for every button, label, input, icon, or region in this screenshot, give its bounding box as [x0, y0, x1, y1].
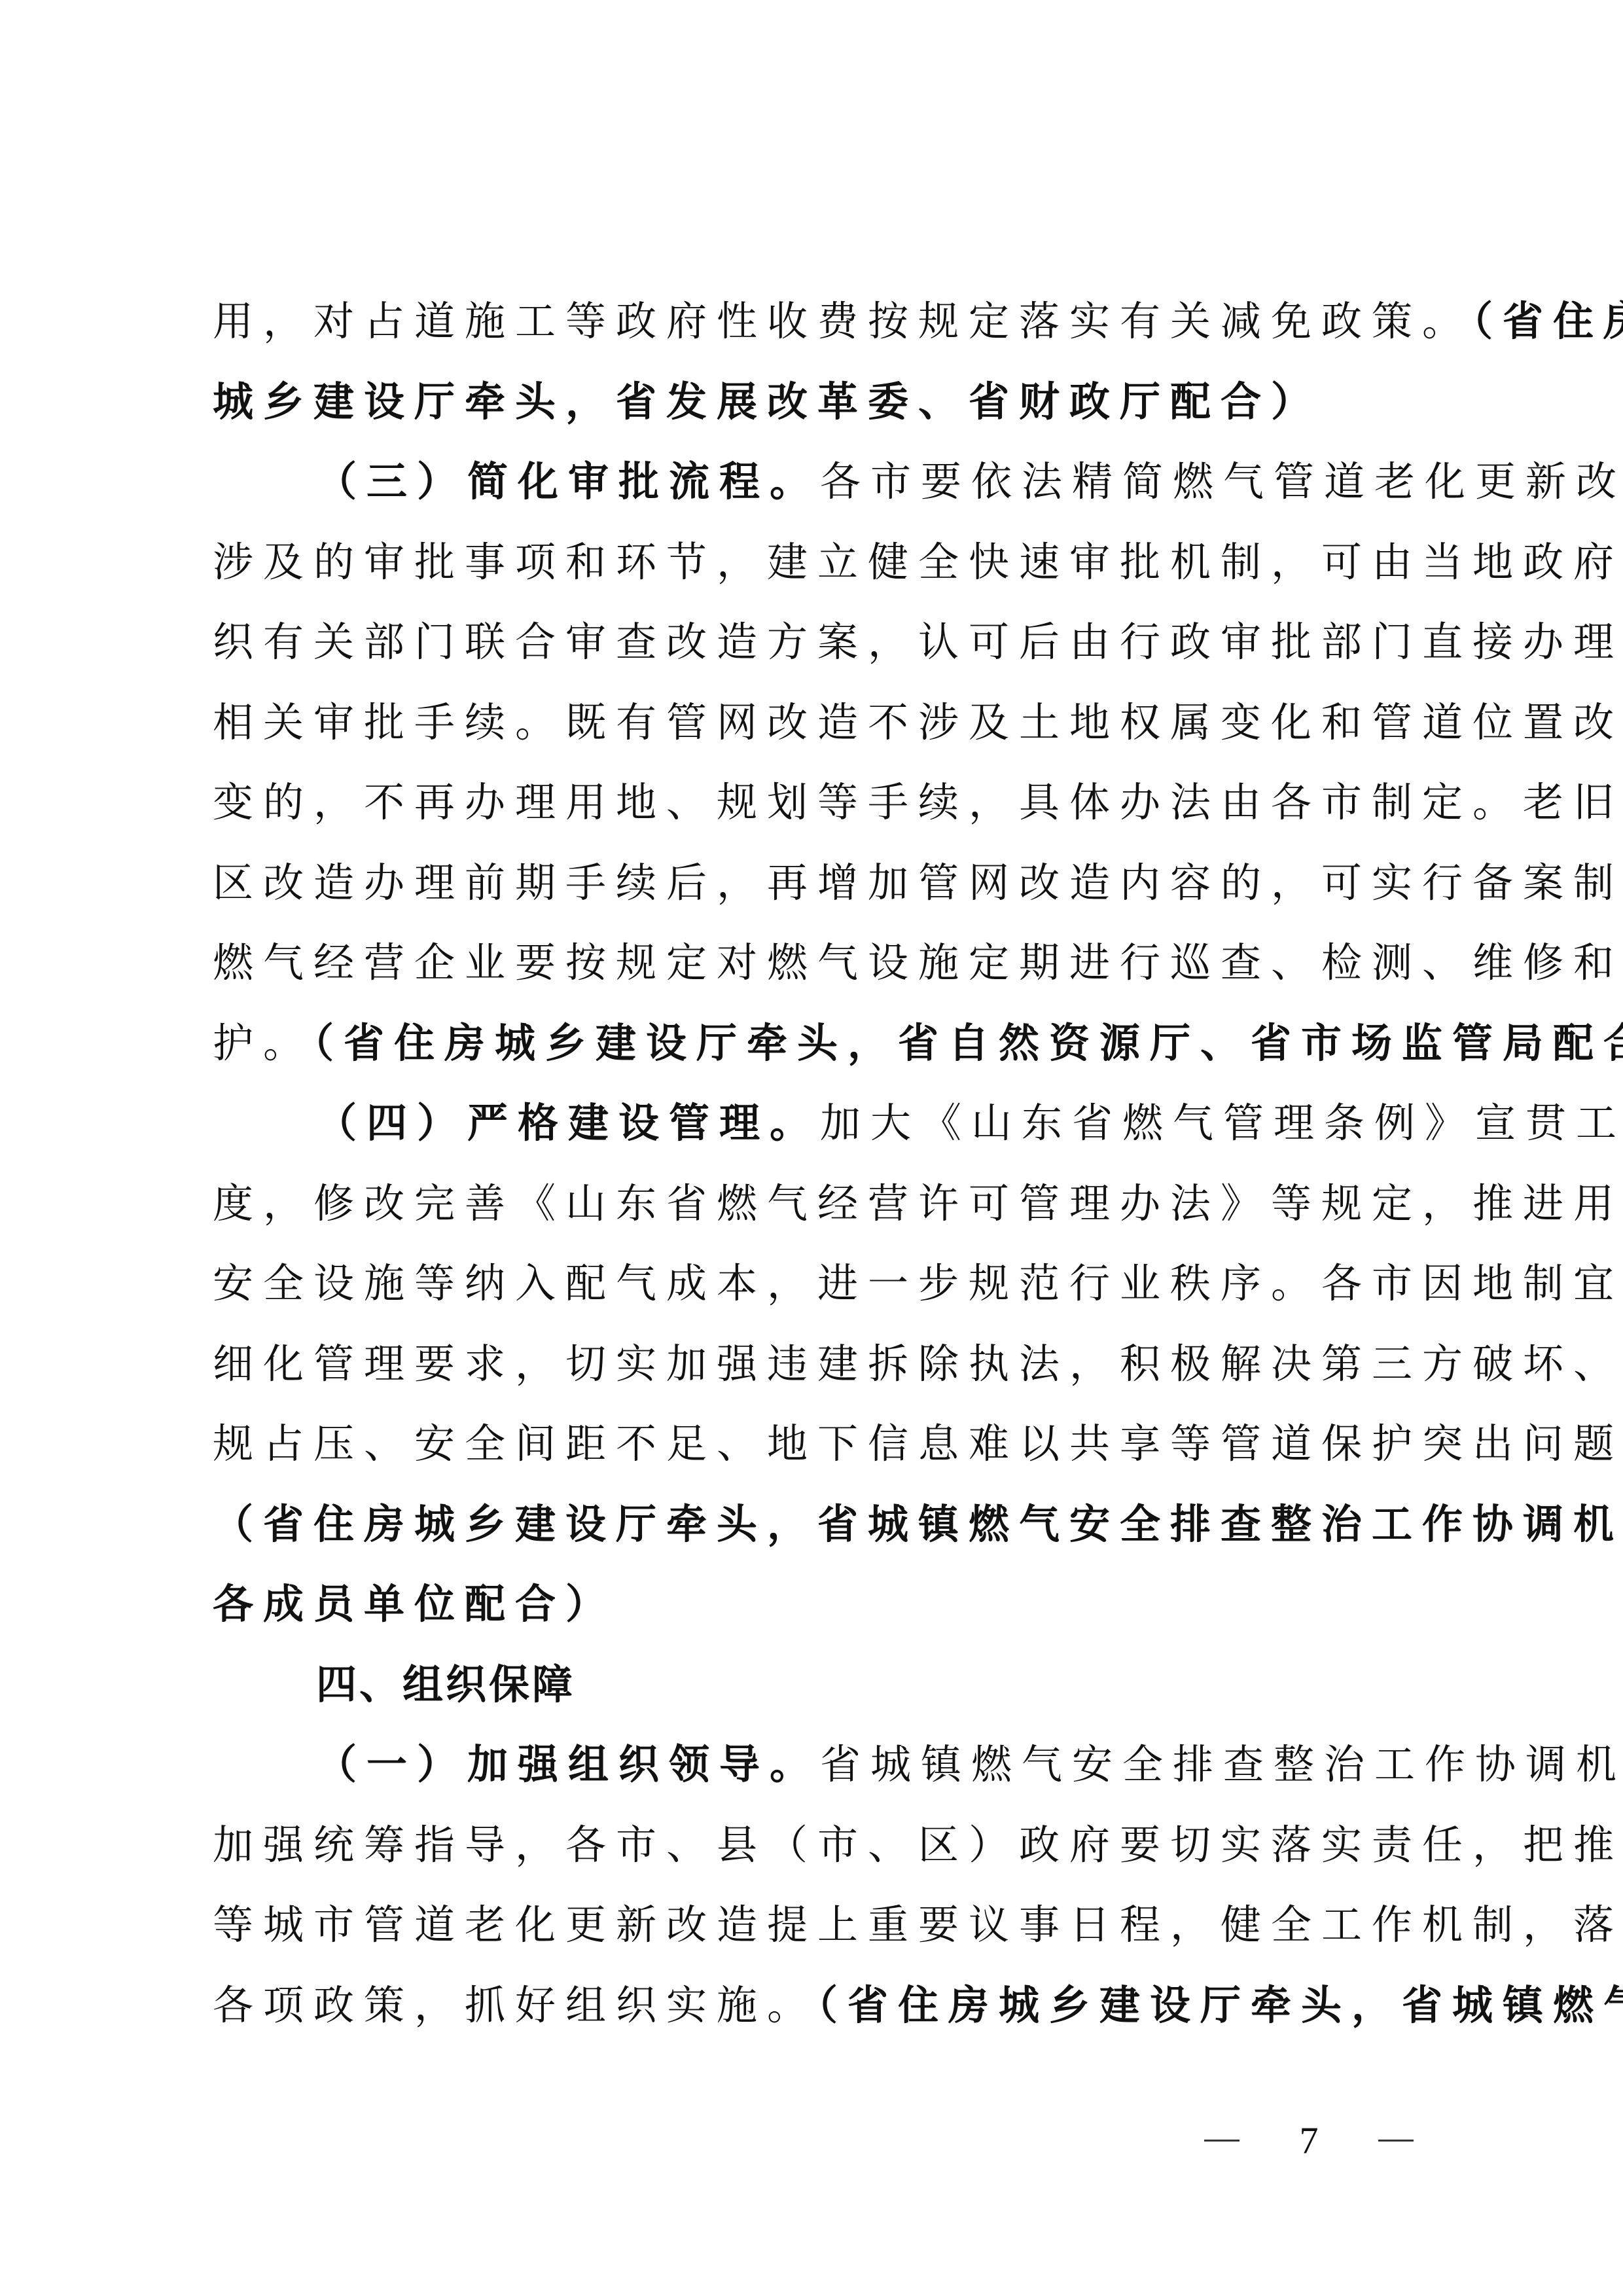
bold-text-segment: （三）简化审批流程。	[316, 457, 820, 505]
text-segment: 护。	[213, 1019, 313, 1067]
page-number: 7	[1300, 2119, 1319, 2162]
text-segment: 用，对占道施工等政府性收费按规定落实有关减免政策。	[213, 297, 1472, 345]
bold-text-segment: （省住房城乡建设厅牵头，省城镇燃气	[817, 1981, 1623, 2029]
text-segment: 安全设施等纳入配气成本，进一步规范行业秩序。各市因地制宜	[213, 1259, 1623, 1307]
text-line: 燃气经营企业要按规定对燃气设施定期进行巡查、检测、维修和维	[213, 923, 1412, 1003]
text-segment: 变的，不再办理用地、规划等手续，具体办法由各市制定。老旧小	[213, 778, 1623, 826]
bold-text-segment: （省住房城乡建设厅牵头，省自然资源厅、省市场监管局配合）	[313, 1019, 1623, 1067]
document-page: 用，对占道施工等政府性收费按规定落实有关减免政策。（省住房城乡建设厅牵头，省发展…	[0, 0, 1623, 2296]
text-segment: 等城市管道老化更新改造提上重要议事日程，健全工作机制，落实	[213, 1901, 1623, 1948]
bold-text-segment: （省住房	[1472, 297, 1623, 345]
text-segment: 各项政策，抓好组织实施。	[213, 1981, 817, 2029]
body-text: 用，对占道施工等政府性收费按规定落实有关减免政策。（省住房城乡建设厅牵头，省发展…	[213, 281, 1412, 2045]
text-line: 各成员单位配合）	[213, 1564, 1412, 1645]
text-line: 各项政策，抓好组织实施。（省住房城乡建设厅牵头，省城镇燃气	[213, 1965, 1412, 2046]
text-line: 用，对占道施工等政府性收费按规定落实有关减免政策。（省住房	[213, 281, 1412, 362]
text-segment: 加强统筹指导，各市、县（市、区）政府要切实落实责任，把推进燃气	[213, 1821, 1623, 1869]
text-line: 区改造办理前期手续后，再增加管网改造内容的，可实行备案制。	[213, 843, 1412, 924]
bold-text-segment: （四）严格建设管理。	[316, 1099, 820, 1147]
text-line: 城乡建设厅牵头，省发展改革委、省财政厅配合）	[213, 362, 1412, 442]
text-segment: 织有关部门联合审查改造方案，认可后由行政审批部门直接办理	[213, 618, 1623, 666]
text-segment: 省城镇燃气安全排查整治工作协调机制	[820, 1740, 1623, 1788]
footer-dash-left	[1204, 2140, 1240, 2142]
text-line: 织有关部门联合审查改造方案，认可后由行政审批部门直接办理	[213, 602, 1412, 683]
bold-text-segment: 四、组织保障	[316, 1660, 575, 1708]
text-segment: 规占压、安全间距不足、地下信息难以共享等管道保护突出问题。	[213, 1420, 1623, 1467]
text-segment: 区改造办理前期手续后，再增加管网改造内容的，可实行备案制。	[213, 859, 1623, 906]
bold-text-segment: （省住房城乡建设厅牵头，省城镇燃气安全排查整治工作协调机制	[213, 1500, 1623, 1548]
text-segment: 度，修改完善《山东省燃气经营许可管理办法》等规定，推进用户端	[213, 1179, 1623, 1227]
text-line: 安全设施等纳入配气成本，进一步规范行业秩序。各市因地制宜	[213, 1244, 1412, 1324]
text-line: 加强统筹指导，各市、县（市、区）政府要切实落实责任，把推进燃气	[213, 1805, 1412, 1886]
text-segment: 涉及的审批事项和环节，建立健全快速审批机制，可由当地政府组	[213, 538, 1623, 586]
text-line: （三）简化审批流程。各市要依法精简燃气管道老化更新改造	[213, 442, 1412, 522]
text-segment: 加大《山东省燃气管理条例》宣贯工作力	[820, 1099, 1623, 1147]
text-line: （省住房城乡建设厅牵头，省城镇燃气安全排查整治工作协调机制	[213, 1484, 1412, 1565]
text-segment: 各市要依法精简燃气管道老化更新改造	[820, 457, 1623, 505]
text-line: 细化管理要求，切实加强违建拆除执法，积极解决第三方破坏、违	[213, 1324, 1412, 1405]
bold-text-segment: 各成员单位配合）	[213, 1580, 616, 1628]
bold-text-segment: （一）加强组织领导。	[316, 1740, 820, 1788]
text-line: 涉及的审批事项和环节，建立健全快速审批机制，可由当地政府组	[213, 522, 1412, 603]
text-line: 相关审批手续。既有管网改造不涉及土地权属变化和管道位置改	[213, 683, 1412, 763]
text-line: （四）严格建设管理。加大《山东省燃气管理条例》宣贯工作力	[213, 1083, 1412, 1164]
bold-text-segment: 城乡建设厅牵头，省发展改革委、省财政厅配合）	[213, 378, 1321, 425]
text-line: 度，修改完善《山东省燃气经营许可管理办法》等规定，推进用户端	[213, 1164, 1412, 1244]
text-segment: 燃气经营企业要按规定对燃气设施定期进行巡查、检测、维修和维	[213, 939, 1623, 986]
text-line: 变的，不再办理用地、规划等手续，具体办法由各市制定。老旧小	[213, 762, 1412, 843]
page-footer: 7	[1204, 2114, 1414, 2166]
text-line: （一）加强组织领导。省城镇燃气安全排查整治工作协调机制	[213, 1725, 1412, 1805]
section-heading: 四、组织保障	[213, 1645, 1412, 1725]
text-segment: 相关审批手续。既有管网改造不涉及土地权属变化和管道位置改	[213, 698, 1623, 746]
text-line: 等城市管道老化更新改造提上重要议事日程，健全工作机制，落实	[213, 1885, 1412, 1965]
text-line: 护。（省住房城乡建设厅牵头，省自然资源厅、省市场监管局配合）	[213, 1003, 1412, 1084]
text-line: 规占压、安全间距不足、地下信息难以共享等管道保护突出问题。	[213, 1404, 1412, 1484]
footer-dash-right	[1378, 2140, 1414, 2142]
text-segment: 细化管理要求，切实加强违建拆除执法，积极解决第三方破坏、违	[213, 1340, 1623, 1388]
